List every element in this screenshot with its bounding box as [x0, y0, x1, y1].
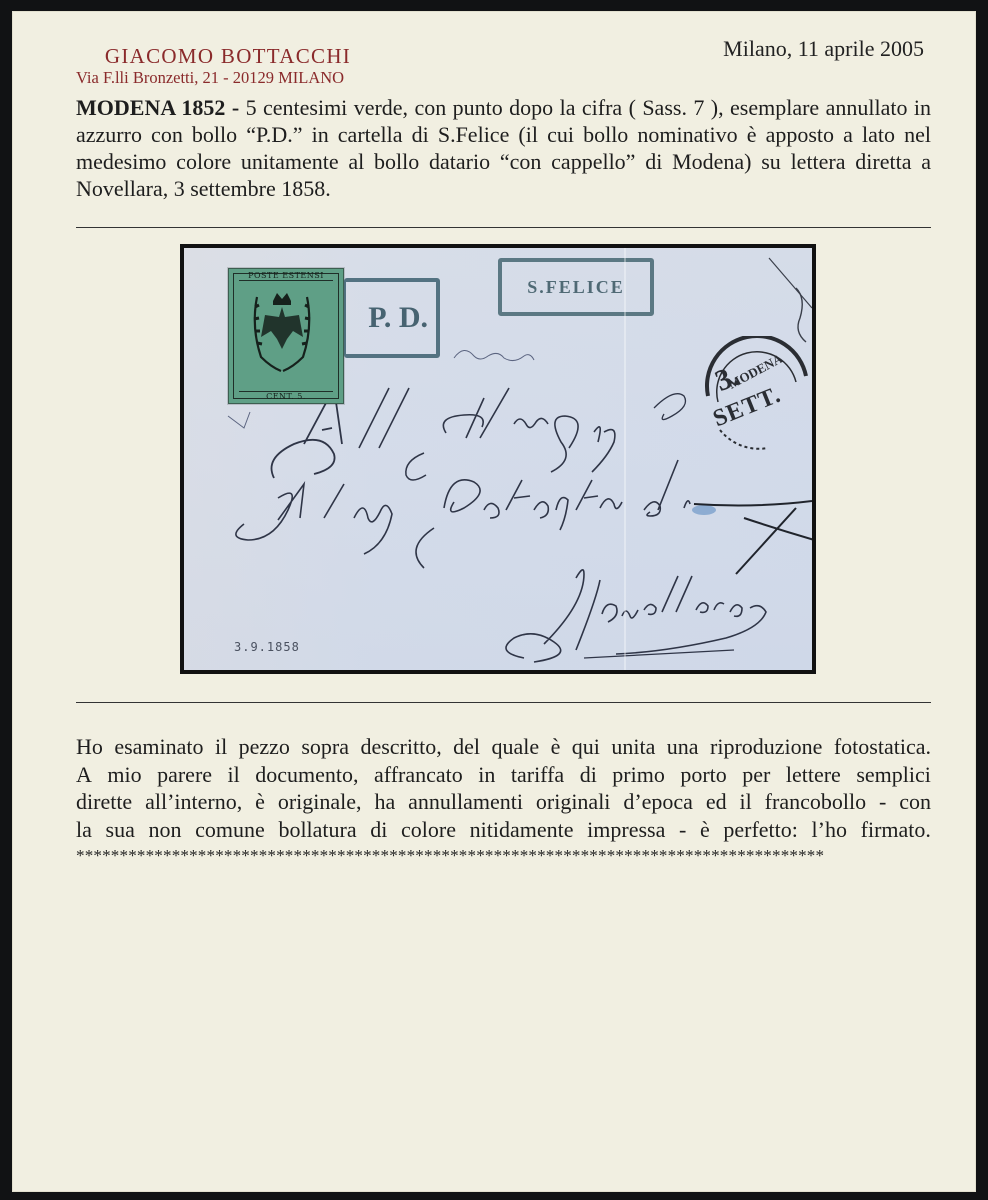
cover-photo: POSTE ESTENSI CENT. 5. P. D. S.FELICE MO… — [184, 248, 812, 670]
pd-handstamp: P. D. — [344, 278, 440, 358]
cover-photo-frame: POSTE ESTENSI CENT. 5. P. D. S.FELICE MO… — [180, 244, 816, 674]
eagle-crown-icon — [251, 287, 313, 377]
stamp-value-text: CENT. 5. — [239, 391, 333, 401]
certificate-date: Milano, 11 aprile 2005 — [723, 36, 924, 62]
description-lead: MODENA 1852 - — [76, 95, 239, 120]
asterisk-separator: ****************************************… — [76, 843, 931, 865]
issuer-address: Via F.lli Bronzetti, 21 - 20129 MILANO — [76, 68, 378, 88]
pencil-date-note: 3.9.1858 — [234, 640, 300, 654]
statement-line: Hoesaminatoilpezzosopradescritto,delqual… — [76, 733, 931, 761]
town-handstamp: S.FELICE — [498, 258, 654, 316]
issuer-name: GIACOMO BOTTACCHI — [78, 44, 378, 68]
statement-line: diretteall’interno,èoriginale,haannullam… — [76, 788, 931, 816]
stamp-top-text: POSTE ESTENSI — [239, 271, 333, 281]
postage-stamp: POSTE ESTENSI CENT. 5. — [228, 268, 344, 404]
issuer-header: GIACOMO BOTTACCHI Via F.lli Bronzetti, 2… — [78, 44, 378, 88]
certificate-statement: Hoesaminatoilpezzosopradescritto,delqual… — [76, 733, 931, 865]
statement-line: Amioparereildocumento,affrancatointariff… — [76, 761, 931, 789]
divider-top — [76, 227, 931, 228]
divider-bottom — [76, 702, 931, 703]
statement-line: lasuanoncomunebollaturadicolorenitidamen… — [76, 816, 931, 844]
item-description: MODENA 1852 - 5 centesimi verde, con pun… — [76, 94, 931, 202]
